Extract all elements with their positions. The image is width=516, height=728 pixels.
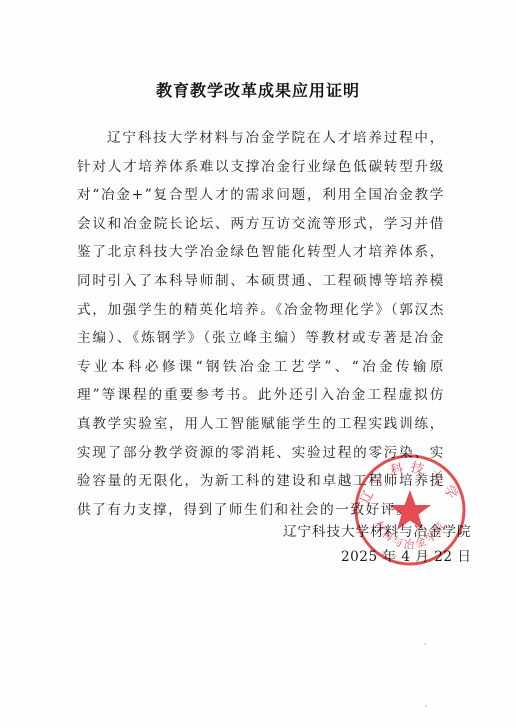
document-page: 教育教学改革成果应用证明 辽宁科技大学材料与冶金学院在人才培养过程中，针对人才培… xyxy=(0,0,516,728)
scan-speck xyxy=(425,705,427,707)
scan-speck xyxy=(424,643,426,645)
seal-bottom-text: 材料与冶金学院 xyxy=(371,518,448,551)
document-title: 教育教学改革成果应用证明 xyxy=(0,78,516,101)
official-seal-icon: 辽宁科技大学 材料与冶金学院 xyxy=(352,452,468,568)
star-icon xyxy=(389,490,431,530)
